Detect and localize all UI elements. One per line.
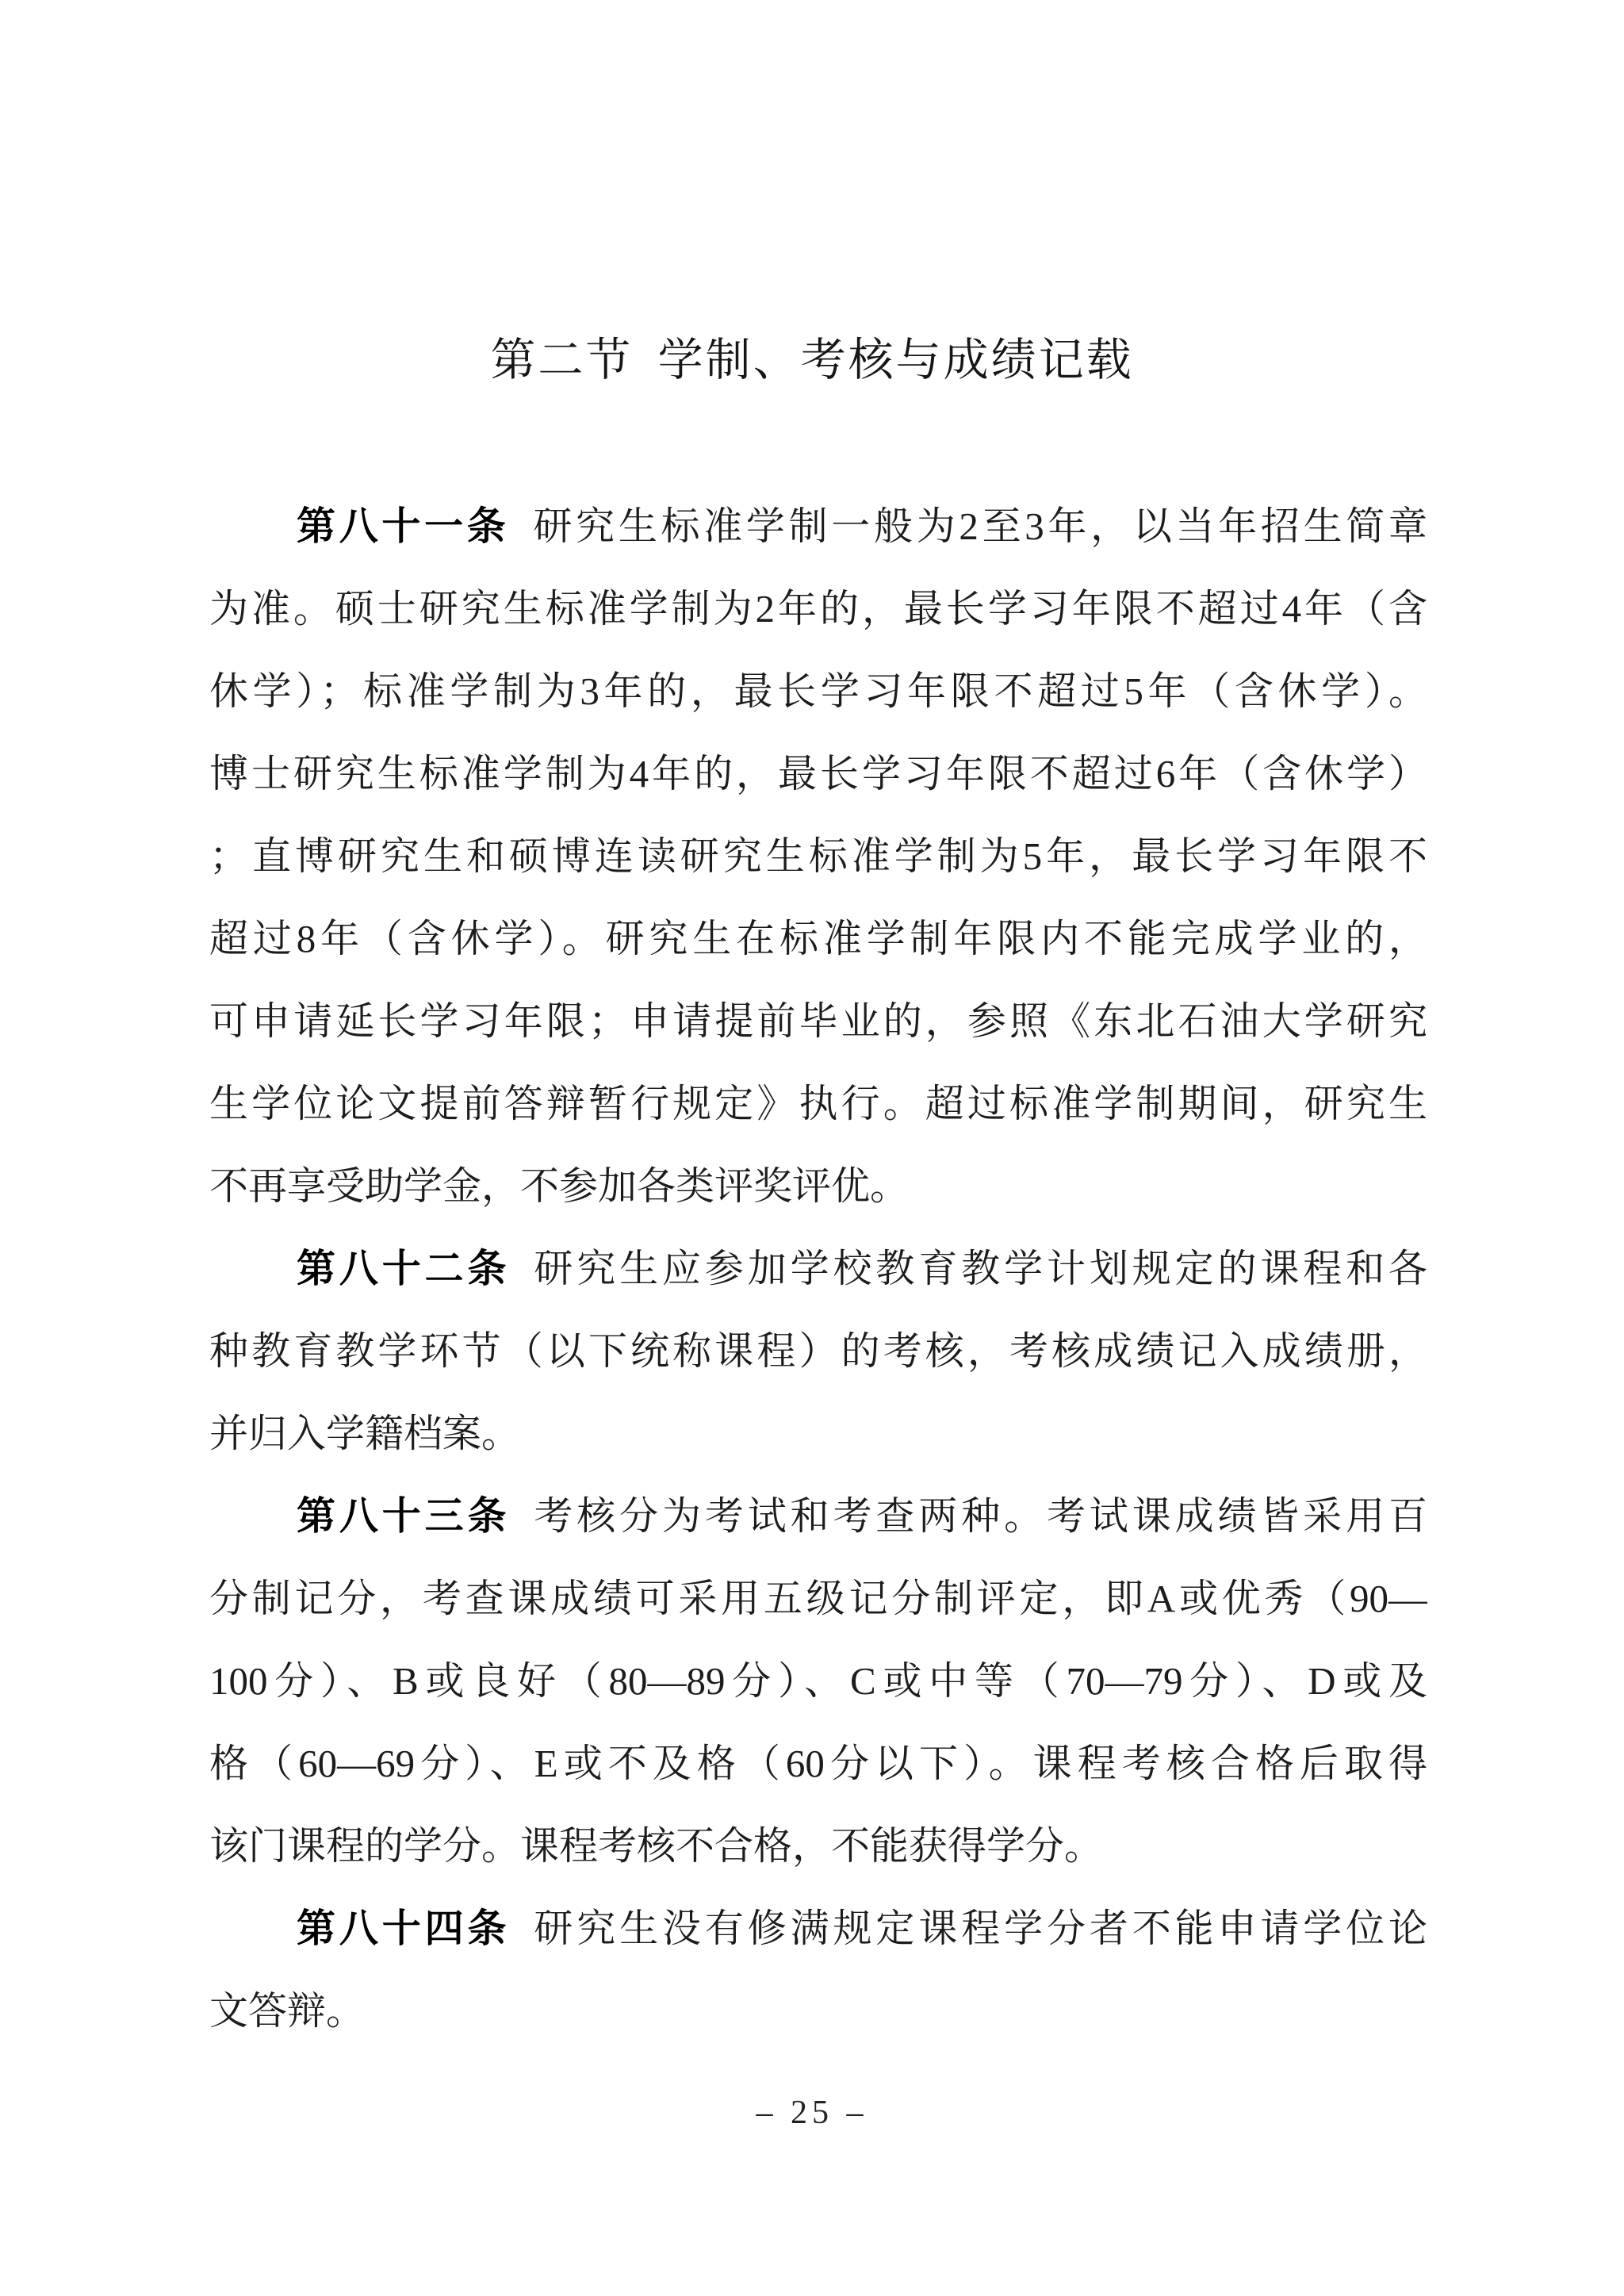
paragraph-3-text: 考核分为考试和考查两种。考试课成绩皆采用百: [534, 1494, 1427, 1538]
paragraph-1-line-1: 第八十一条研究生标准学制一般为2至3年，以当年招生简章: [209, 485, 1427, 568]
section-title: 第二节 学制、考核与成绩记载: [0, 324, 1624, 389]
paragraph-1-line-5: ；直博研究生和硕博连读研究生标准学制为5年，最长学习年限不: [209, 815, 1427, 898]
paragraph-1-line-6: 超过8年（含休学）。研究生在标准学制年限内不能完成学业的，: [209, 898, 1427, 980]
paragraph-2-line-1: 第八十二条研究生应参加学校教育教学计划规定的课程和各: [209, 1228, 1427, 1310]
paragraph-3-line-2: 分制记分，考查课成绩可采用五级记分制评定，即A或优秀（90—: [209, 1558, 1427, 1640]
paragraph-1-line-7: 可申请延长学习年限；申请提前毕业的，参照《东北石油大学研究: [209, 980, 1427, 1063]
paragraph-1-line-8: 生学位论文提前答辩暂行规定》执行。超过标准学制期间，研究生: [209, 1063, 1427, 1145]
article-number-84: 第八十四条: [297, 1907, 510, 1950]
paragraph-1-text: 研究生标准学制一般为2至3年，以当年招生简章: [533, 504, 1427, 548]
document-page: 第二节 学制、考核与成绩记载 第八十一条研究生标准学制一般为2至3年，以当年招生…: [0, 0, 1624, 2296]
paragraph-3-line-1: 第八十三条考核分为考试和考查两种。考试课成绩皆采用百: [209, 1475, 1427, 1558]
paragraph-3-line-4: 格（60—69分）、E或不及格（60分以下）。课程考核合格后取得: [209, 1723, 1427, 1805]
paragraph-1-line-3: 休学）；标准学制为3年的，最长学习年限不超过5年（含休学）。: [209, 650, 1427, 733]
paragraph-2-line-2: 种教育教学环节（以下统称课程）的考核，考核成绩记入成绩册，: [209, 1310, 1427, 1393]
paragraph-4-line-2: 文答辩。: [209, 1970, 1427, 2053]
paragraph-3-line-3: 100分）、B或良好（80—89分）、C或中等（70—79分）、D或及: [209, 1640, 1427, 1723]
article-number-82: 第八十二条: [297, 1247, 510, 1290]
paragraph-3-line-5: 该门课程的学分。课程考核不合格，不能获得学分。: [209, 1805, 1427, 1888]
paragraph-1-line-2: 为准。硕士研究生标准学制为2年的，最长学习年限不超过4年（含: [209, 568, 1427, 650]
paragraph-1-line-9: 不再享受助学金，不参加各类评奖评优。: [209, 1145, 1427, 1228]
paragraph-2-text: 研究生应参加学校教育教学计划规定的课程和各: [534, 1247, 1427, 1290]
article-number-83: 第八十三条: [297, 1494, 510, 1538]
paragraph-4-text: 研究生没有修满规定课程学分者不能申请学位论: [534, 1907, 1427, 1950]
document-body: 第八十一条研究生标准学制一般为2至3年，以当年招生简章 为准。硕士研究生标准学制…: [209, 485, 1427, 2053]
paragraph-2-line-3: 并归入学籍档案。: [209, 1393, 1427, 1475]
page-number: – 25 –: [0, 2094, 1624, 2132]
paragraph-4-line-1: 第八十四条研究生没有修满规定课程学分者不能申请学位论: [209, 1888, 1427, 1970]
article-number-81: 第八十一条: [297, 504, 509, 548]
paragraph-1-line-4: 博士研究生标准学制为4年的，最长学习年限不超过6年（含休学）: [209, 733, 1427, 815]
